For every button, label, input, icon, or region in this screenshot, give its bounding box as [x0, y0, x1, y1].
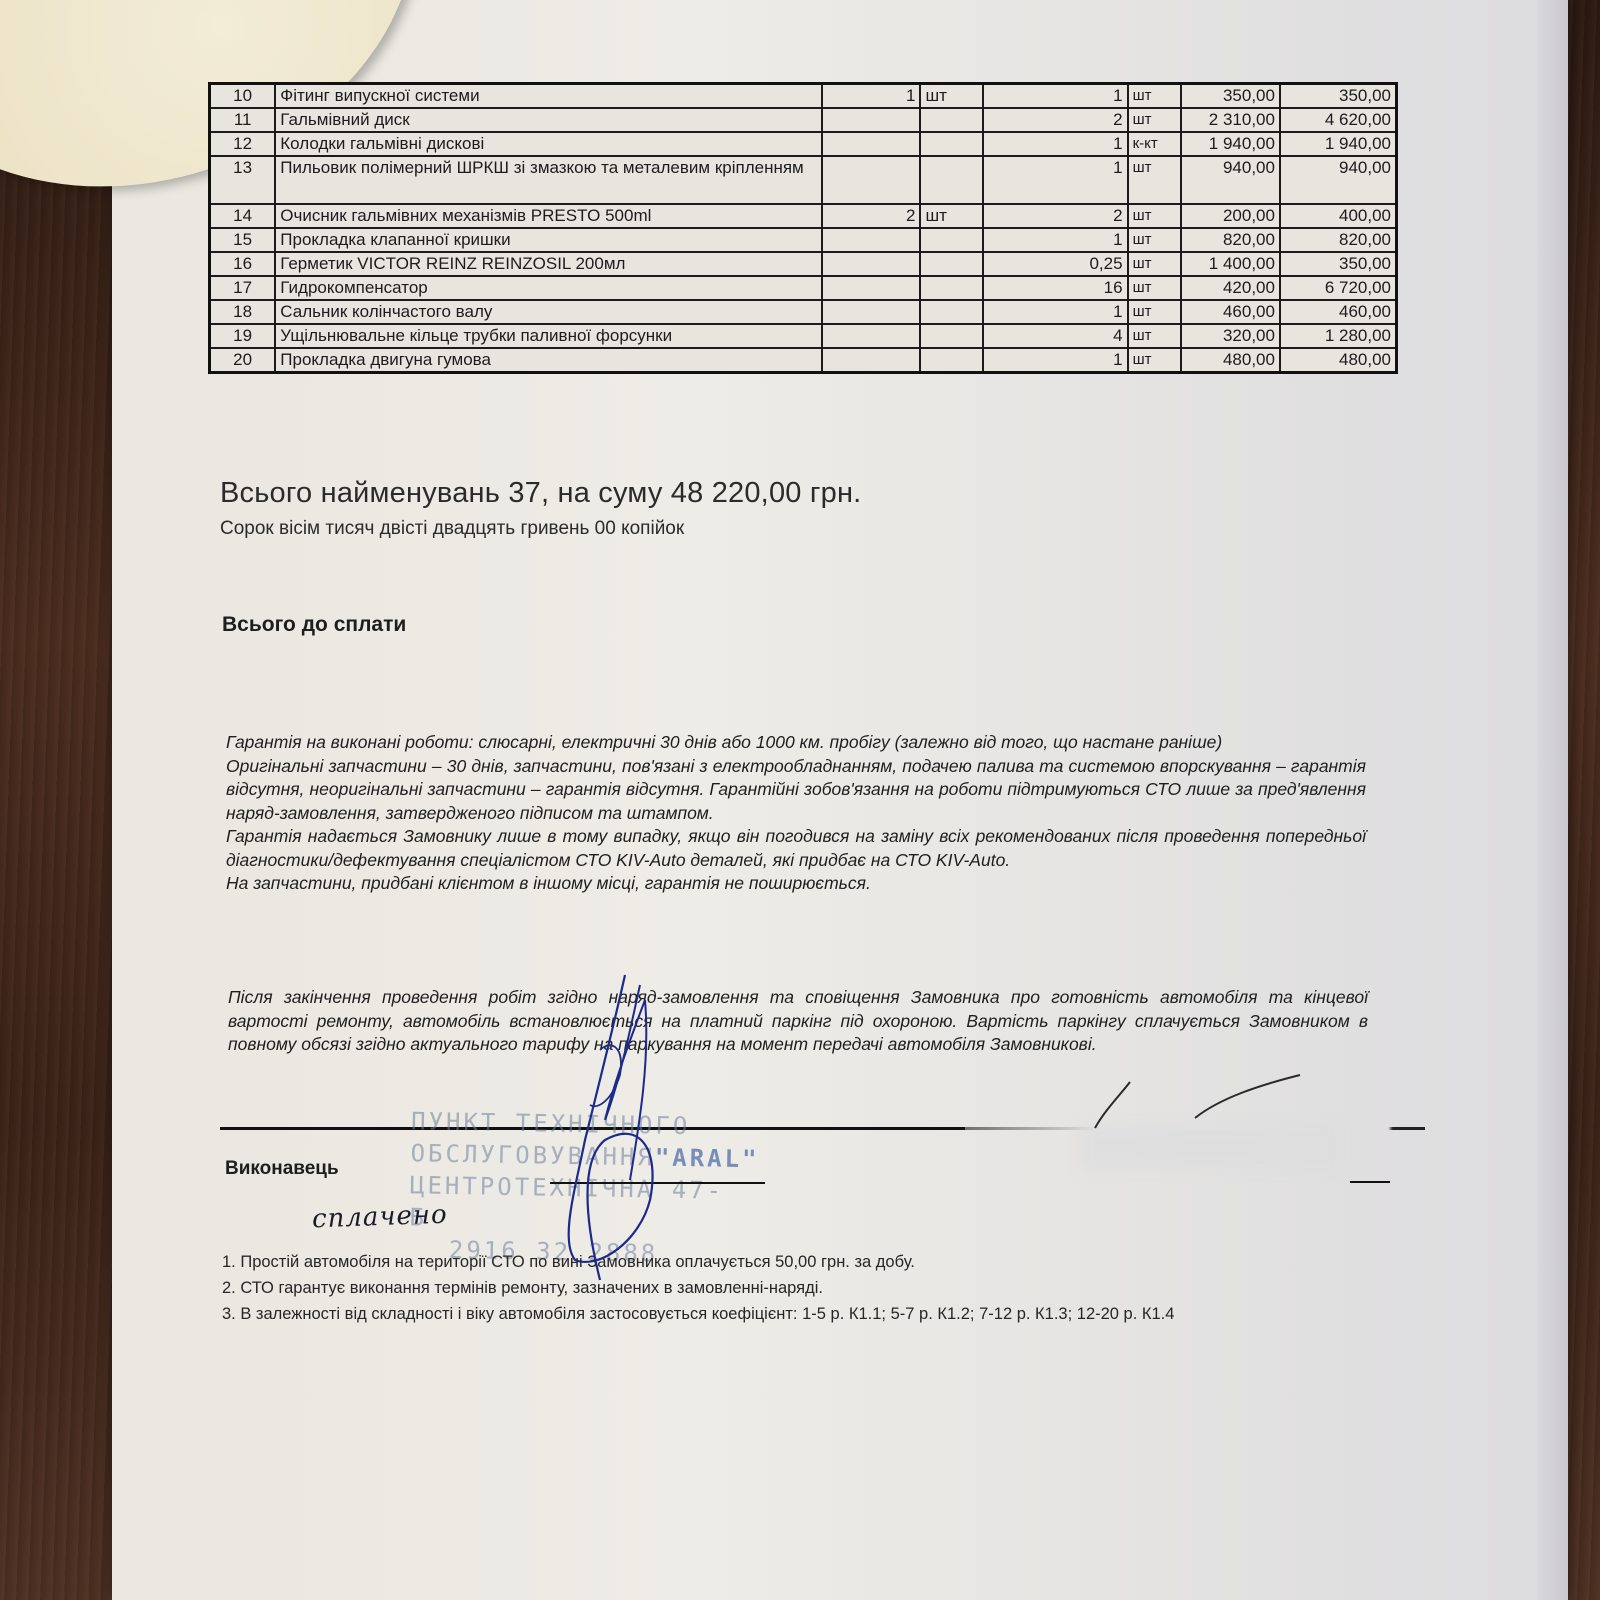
- cell-q1: 2: [822, 204, 920, 228]
- cell-u2: шт: [1128, 276, 1181, 300]
- cell-sum: 1 940,00: [1280, 132, 1397, 156]
- cell-name: Сальник колінчастого валу: [275, 300, 822, 324]
- cell-q1: [822, 132, 920, 156]
- summary-total: Всього найменувань 37, на суму 48 220,00…: [220, 477, 861, 510]
- warranty-paragraph: Гарантія на виконані роботи: слюсарні, е…: [226, 731, 1366, 755]
- company-stamp: ПУНКТ ТЕХНІЧНОГО ОБСЛУГОВУВАННЯ"ARAL" ЦЕ…: [409, 1105, 732, 1271]
- table-row: 20Прокладка двигуна гумова1шт480,00480,0…: [210, 348, 1397, 373]
- cell-u2: к-кт: [1128, 132, 1181, 156]
- cell-u2: шт: [1128, 204, 1181, 228]
- cell-name: Ущільнювальне кільце трубки паливної фор…: [275, 324, 822, 348]
- cell-num: 14: [210, 204, 276, 228]
- cell-q1: [822, 156, 920, 204]
- cell-name: Пильовик полімерний ШРКШ зі змазкою та м…: [275, 156, 822, 204]
- cell-num: 13: [210, 156, 276, 204]
- cell-price: 940,00: [1181, 156, 1280, 204]
- summary-in-words: Сорок вісім тисяч двісті двадцять гривен…: [220, 518, 684, 540]
- cell-q2: 1: [983, 84, 1127, 109]
- cell-sum: 350,00: [1280, 252, 1397, 276]
- table-row: 17Гидрокомпенсатор16шт420,006 720,00: [210, 276, 1397, 300]
- cell-sum: 6 720,00: [1280, 276, 1397, 300]
- cell-price: 350,00: [1181, 84, 1280, 109]
- cell-u2: шт: [1128, 348, 1181, 373]
- table-row: 11Гальмівний диск2шт2 310,004 620,00: [210, 108, 1397, 132]
- notes-list: 1. Простій автомобіля на території СТО п…: [222, 1249, 1174, 1327]
- cell-price: 2 310,00: [1181, 108, 1280, 132]
- cell-num: 18: [210, 300, 276, 324]
- total-due-label: Всього до сплати: [222, 613, 406, 637]
- table-row: 18Сальник колінчастого валу1шт460,00460,…: [210, 300, 1397, 324]
- cell-price: 200,00: [1181, 204, 1280, 228]
- cell-q1: [822, 228, 920, 252]
- cell-u1: [920, 252, 983, 276]
- cell-price: 460,00: [1181, 300, 1280, 324]
- stamp-line: ЦЕНТРОТЕХНІЧНА 47-Б: [409, 1169, 730, 1239]
- cell-sum: 820,00: [1280, 228, 1397, 252]
- cell-u2: шт: [1128, 300, 1181, 324]
- cell-name: Прокладка клапанної кришки: [275, 228, 822, 252]
- cell-u2: шт: [1128, 84, 1181, 109]
- cell-num: 19: [210, 324, 276, 348]
- cell-name: Гальмівний диск: [275, 108, 822, 132]
- cell-u1: [920, 348, 983, 373]
- cell-u2: шт: [1128, 108, 1181, 132]
- cell-u1: шт: [920, 204, 983, 228]
- cell-u1: шт: [920, 84, 983, 109]
- executor-label: Виконавець: [225, 1158, 339, 1180]
- cell-q2: 1: [983, 348, 1127, 373]
- cell-q1: [822, 108, 920, 132]
- cell-name: Гидрокомпенсатор: [275, 276, 822, 300]
- cell-u2: шт: [1128, 324, 1181, 348]
- cell-price: 320,00: [1181, 324, 1280, 348]
- note-item: 3. В залежності від складності і віку ав…: [222, 1301, 1174, 1327]
- cell-sum: 940,00: [1280, 156, 1397, 204]
- cell-u2: шт: [1128, 252, 1181, 276]
- customer-signature-line: [1350, 1181, 1390, 1183]
- cell-u1: [920, 108, 983, 132]
- cell-u2: шт: [1128, 156, 1181, 204]
- warranty-paragraph: Гарантія надається Замовнику лише в тому…: [226, 825, 1366, 872]
- cell-u1: [920, 156, 983, 204]
- cell-price: 480,00: [1181, 348, 1280, 373]
- paper-edge: [1538, 0, 1568, 1600]
- cell-num: 17: [210, 276, 276, 300]
- executor-signature-line: [550, 1182, 765, 1184]
- cell-sum: 4 620,00: [1280, 108, 1397, 132]
- stamp-line: ОБСЛУГОВУВАННЯ: [410, 1139, 655, 1171]
- cell-q2: 1: [983, 228, 1127, 252]
- table-row: 19Ущільнювальне кільце трубки паливної ф…: [210, 324, 1397, 348]
- cell-name: Колодки гальмівні дискові: [275, 132, 822, 156]
- cell-q2: 16: [983, 276, 1127, 300]
- warranty-paragraph: На запчастини, придбані клієнтом в іншом…: [226, 872, 1366, 896]
- cell-price: 820,00: [1181, 228, 1280, 252]
- cell-price: 1 940,00: [1181, 132, 1280, 156]
- cell-sum: 480,00: [1280, 348, 1397, 373]
- cell-num: 11: [210, 108, 276, 132]
- paid-handwritten-note: сплачено: [312, 1200, 449, 1235]
- cell-q1: [822, 252, 920, 276]
- cell-q2: 1: [983, 156, 1127, 204]
- cell-q2: 2: [983, 204, 1127, 228]
- note-item: 2. СТО гарантує виконання термінів ремон…: [222, 1275, 1174, 1301]
- warranty-paragraph: Оригінальні запчастини – 30 днів, запчас…: [226, 755, 1366, 826]
- cell-q1: 1: [822, 84, 920, 109]
- warranty-terms: Гарантія на виконані роботи: слюсарні, е…: [226, 731, 1366, 896]
- cell-q1: [822, 276, 920, 300]
- cell-q2: 1: [983, 132, 1127, 156]
- cell-q1: [822, 348, 920, 373]
- table-row: 15Прокладка клапанної кришки1шт820,00820…: [210, 228, 1397, 252]
- cell-q1: [822, 300, 920, 324]
- cell-name: Фітинг випускної системи: [275, 84, 822, 109]
- cell-sum: 1 280,00: [1280, 324, 1397, 348]
- cell-u1: [920, 324, 983, 348]
- cell-price: 1 400,00: [1181, 252, 1280, 276]
- cell-sum: 350,00: [1280, 84, 1397, 109]
- cell-q2: 2: [983, 108, 1127, 132]
- cell-sum: 460,00: [1280, 300, 1397, 324]
- cell-u2: шт: [1128, 228, 1181, 252]
- cell-u1: [920, 228, 983, 252]
- table-row: 14Очисник гальмівних механізмів PRESTO 5…: [210, 204, 1397, 228]
- cell-q1: [822, 324, 920, 348]
- table-row: 12Колодки гальмівні дискові1к-кт1 940,00…: [210, 132, 1397, 156]
- cell-num: 15: [210, 228, 276, 252]
- cell-q2: 0,25: [983, 252, 1127, 276]
- cell-num: 20: [210, 348, 276, 373]
- cell-num: 12: [210, 132, 276, 156]
- cell-u1: [920, 132, 983, 156]
- note-item: 1. Простій автомобіля на території СТО п…: [222, 1249, 1174, 1275]
- cell-name: Герметик VICTOR REINZ REINZOSIL 200мл: [275, 252, 822, 276]
- parts-table: 10Фітинг випускної системи1шт1шт350,0035…: [208, 82, 1398, 374]
- cell-u1: [920, 300, 983, 324]
- cell-num: 10: [210, 84, 276, 109]
- cell-q2: 4: [983, 324, 1127, 348]
- blurred-signature: [1080, 1125, 1340, 1170]
- cell-name: Прокладка двигуна гумова: [275, 348, 822, 373]
- table-row: 10Фітинг випускної системи1шт1шт350,0035…: [210, 84, 1397, 109]
- table-row: 16Герметик VICTOR REINZ REINZOSIL 200мл0…: [210, 252, 1397, 276]
- table-row: 13Пильовик полімерний ШРКШ зі змазкою та…: [210, 156, 1397, 204]
- cell-num: 16: [210, 252, 276, 276]
- stamp-brand: "ARAL": [655, 1143, 760, 1173]
- cell-sum: 400,00: [1280, 204, 1397, 228]
- parking-terms: Після закінчення проведення робіт згідно…: [228, 986, 1368, 1057]
- cell-price: 420,00: [1181, 276, 1280, 300]
- cell-name: Очисник гальмівних механізмів PRESTO 500…: [275, 204, 822, 228]
- cell-u1: [920, 276, 983, 300]
- cell-q2: 1: [983, 300, 1127, 324]
